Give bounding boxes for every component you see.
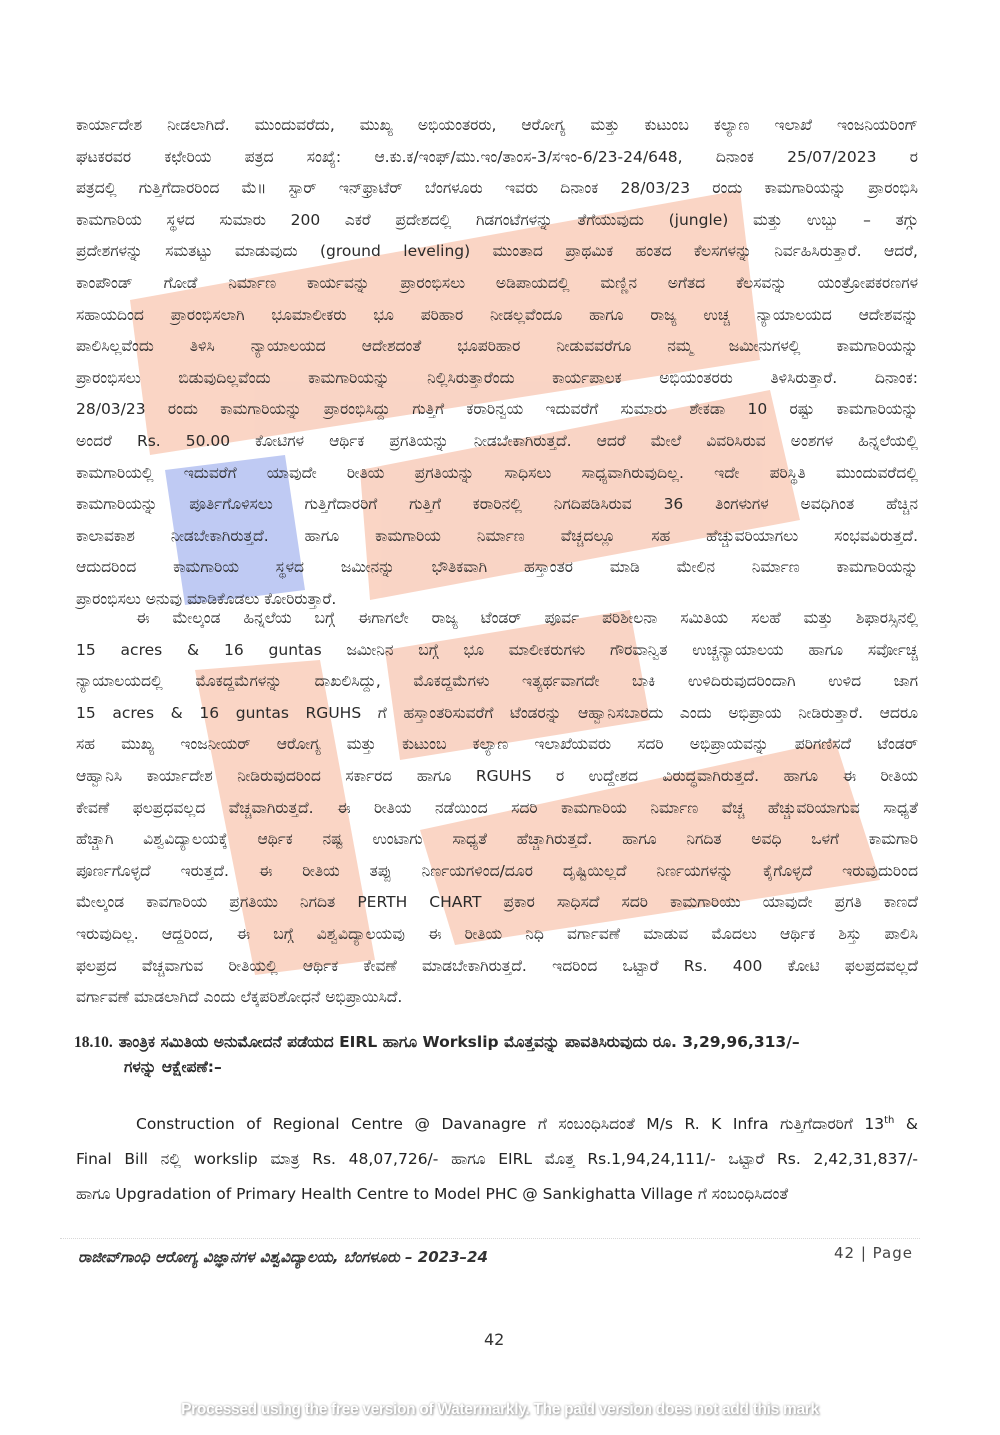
document-page: ಕಾರ್ಯಾದೇಶ ನೀಡಲಾಗಿದೆ. ಮುಂದುವರೆದು, ಮುಖ್ಯ ಅ… bbox=[0, 0, 1000, 1435]
text-line: 15 acres & 16 guntas RGUHS ಗೆ ಹಸ್ತಾಂತರಿಸ… bbox=[76, 698, 918, 730]
text-line: ಪೂರ್ಣಗೊಳ್ಳದೆ ಇರುತ್ತದೆ. ಈ ರೀತಿಯ ತಪ್ಪು ನಿರ… bbox=[76, 856, 918, 888]
paragraph-3: Construction of Regional Centre @ Davana… bbox=[76, 1103, 918, 1212]
text-line: ಫಲಪ್ರದ ವೆಚ್ಚವಾಗುವ ರೀತಿಯಲ್ಲಿ ಆರ್ಥಿಕ ಕೇವಣೆ… bbox=[76, 951, 918, 983]
footer-divider bbox=[60, 1238, 920, 1239]
text-line: ಸಹಾಯದಿಂದ ಪ್ರಾರಂಭಿಸಲಾಗಿ ಭೂಮಾಲೀಕರು ಭೂ ಪರಿಹ… bbox=[76, 300, 918, 332]
text-line: Final Bill ನಲ್ಲಿ workslip ಮಾತ್ರ Rs. 48,0… bbox=[76, 1142, 918, 1177]
footer-page-label: 42 | Page bbox=[834, 1244, 913, 1262]
section-heading-line-1: ತಾಂತ್ರಿಕ ಸಮಿತಿಯ ಅನುಮೋದನೆ ಪಡೆಯದ EIRL ಹಾಗೂ… bbox=[119, 1033, 800, 1051]
text-line: ಸಹ ಮುಖ್ಯ ಇಂಜನೀಯರ್ ಆರೋಗ್ಯ ಮತ್ತು ಕುಟುಂಬ ಕಲ… bbox=[76, 729, 918, 761]
footer-university-title: ರಾಜೀವ್‌ಗಾಂಧಿ ಆರೋಗ್ಯ ವಿಜ್ಞಾನಗಳ ವಿಶ್ವವಿದ್ಯ… bbox=[78, 1248, 488, 1266]
section-heading-18-10: 18.10.ತಾಂತ್ರಿಕ ಸಮಿತಿಯ ಅನುಮೋದನೆ ಪಡೆಯದ EIR… bbox=[74, 1030, 924, 1079]
text-line: ಕೇವಣೆ ಫಲಪ್ರಧವಲ್ಲದ ವೆಚ್ಚವಾಗಿರುತ್ತದೆ. ಈ ರೀ… bbox=[76, 793, 918, 825]
text-line: ಕಾರ್ಯಾದೇಶ ನೀಡಲಾಗಿದೆ. ಮುಂದುವರೆದು, ಮುಖ್ಯ ಅ… bbox=[76, 110, 918, 142]
text-line: ಕಾಮಗಾರಿಯ ಸ್ಥಳದ ಸುಮಾರು 200 ಎಕರೆ ಪ್ರದೇಶದಲ್… bbox=[76, 205, 918, 237]
section-number: 18.10. bbox=[74, 1031, 113, 1055]
paragraph-2: ಈ ಮೇಲ್ಕಂಡ ಹಿನ್ನಲೆಯ ಬಗ್ಗೆ ಈಗಾಗಲೇ ರಾಜ್ಯ ಟೆ… bbox=[76, 603, 918, 1014]
text-line: ನ್ಯಾಯಾಲಯದಲ್ಲಿ ಮೊಕದ್ದಮೆಗಳನ್ನು ದಾಖಲಿಸಿದ್ದು… bbox=[76, 666, 918, 698]
text-line: ಆದುದರಿಂದ ಕಾಮಗಾರಿಯ ಸ್ಥಳದ ಜಮೀನನ್ನು ಭೌತಿಕವಾ… bbox=[76, 552, 918, 584]
watermark-text: Processed using the free version of Wate… bbox=[0, 1401, 1000, 1419]
text-line: ಈ ಮೇಲ್ಕಂಡ ಹಿನ್ನಲೆಯ ಬಗ್ಗೆ ಈಗಾಗಲೇ ರಾಜ್ಯ ಟೆ… bbox=[76, 603, 918, 635]
text-line: 28/03/23 ರಂದು ಕಾಮಗಾರಿಯನ್ನು ಪ್ರಾರಂಭಿಸಿದ್ದ… bbox=[76, 394, 918, 426]
text-line: ಆಹ್ವಾನಿಸಿ ಕಾರ್ಯಾದೇಶ ನೀಡಿರುವುದರಿಂದ ಸರ್ಕಾರ… bbox=[76, 761, 918, 793]
paragraph-1: ಕಾರ್ಯಾದೇಶ ನೀಡಲಾಗಿದೆ. ಮುಂದುವರೆದು, ಮುಖ್ಯ ಅ… bbox=[76, 110, 918, 616]
text-line: ಪತ್ರದಲ್ಲಿ ಗುತ್ತಿಗೆದಾರರಿಂದ ಮೆ॥ ಸ್ಟಾರ್ ಇನ್… bbox=[76, 173, 918, 205]
text-line: ಮೇಲ್ಕಂಡ ಕಾವಗಾರಿಯ ಪ್ರಗತಿಯು ನಿಗದಿತ PERTH C… bbox=[76, 887, 918, 919]
text-line: ಘಟಕರವರ ಕಛೇರಿಯ ಪತ್ರದ ಸಂಖ್ಯೆ: ಆ.ಕು.ಕ/ಇಂಫ್/… bbox=[76, 142, 918, 174]
text-line: ಕಾಮಗಾರಿಯಲ್ಲಿ ಇದುವರೆಗೆ ಯಾವುದೇ ರೀತಿಯ ಪ್ರಗತ… bbox=[76, 458, 918, 490]
ordinal-superscript: th bbox=[884, 1115, 894, 1126]
text-line: 15 acres & 16 guntas ಜಮೀನಿನ ಬಗ್ಗೆ ಭೂ ಮಾಲ… bbox=[76, 635, 918, 667]
text-line: ಹಾಗೂ Upgradation of Primary Health Centr… bbox=[76, 1177, 918, 1212]
text-line: ಕಾಂಪೌಂಡ್ ಗೋಡೆ ನಿರ್ಮಾಣ ಕಾರ್ಯವನ್ನು ಪ್ರಾರಂಭ… bbox=[76, 268, 918, 300]
text-line: ಕಾಮಗಾರಿಯನ್ನು ಪೂರ್ತಿಗೊಳಿಸಲು ಗುತ್ತಿಗೆದಾರರಿ… bbox=[76, 489, 918, 521]
text-line: ಹೆಚ್ಚಾಗಿ ವಿಶ್ವವಿದ್ಯಾಲಯಕ್ಕೆ ಆರ್ಥಿಕ ನಷ್ಟ ಉ… bbox=[76, 824, 918, 856]
text-line: ವರ್ಗಾವಣೆ ಮಾಡಲಾಗಿದೆ ಎಂದು ಲೆಕ್ಕಪರಿಶೋಧನೆ ಅಭ… bbox=[76, 982, 918, 1014]
section-heading-line-2: ಗಳನ್ನು ಆಕ್ಷೇಪಣೆ:– bbox=[74, 1055, 924, 1079]
text-line: ಕಾಲಾವಕಾಶ ನೀಡಬೇಕಾಗಿರುತ್ತದೆ. ಹಾಗೂ ಕಾಮಗಾರಿಯ… bbox=[76, 521, 918, 553]
text-line: Construction of Regional Centre @ Davana… bbox=[76, 1103, 918, 1142]
text-line: ಪ್ರದೇಶಗಳನ್ನು ಸಮತಟ್ಟು ಮಾಡುವುದು (ground le… bbox=[76, 236, 918, 268]
text-line: ಇರುವುದಿಲ್ಲ. ಆದ್ದರಿಂದ, ಈ ಬಗ್ಗೆ ವಿಶ್ವವಿದ್ಯ… bbox=[76, 919, 918, 951]
text-line: ಪ್ರಾರಂಭಿಸಲು ಬಿಡುವುದಿಲ್ಲವೆಂದು ಕಾಮಗಾರಿಯನ್ನ… bbox=[76, 363, 918, 395]
text-line: ಪಾಲಿಸಿಲ್ಲವೆಂದು ತಿಳಿಸಿ ನ್ಯಾಯಾಲಯದ ಆದೇಶದಂತೆ… bbox=[76, 331, 918, 363]
text-line: ಅಂದರೆ Rs. 50.00 ಕೋಟಿಗಳ ಆರ್ಥಿಕ ಪ್ರಗತಿಯನ್ನ… bbox=[76, 426, 918, 458]
page-number: 42 bbox=[484, 1330, 504, 1349]
